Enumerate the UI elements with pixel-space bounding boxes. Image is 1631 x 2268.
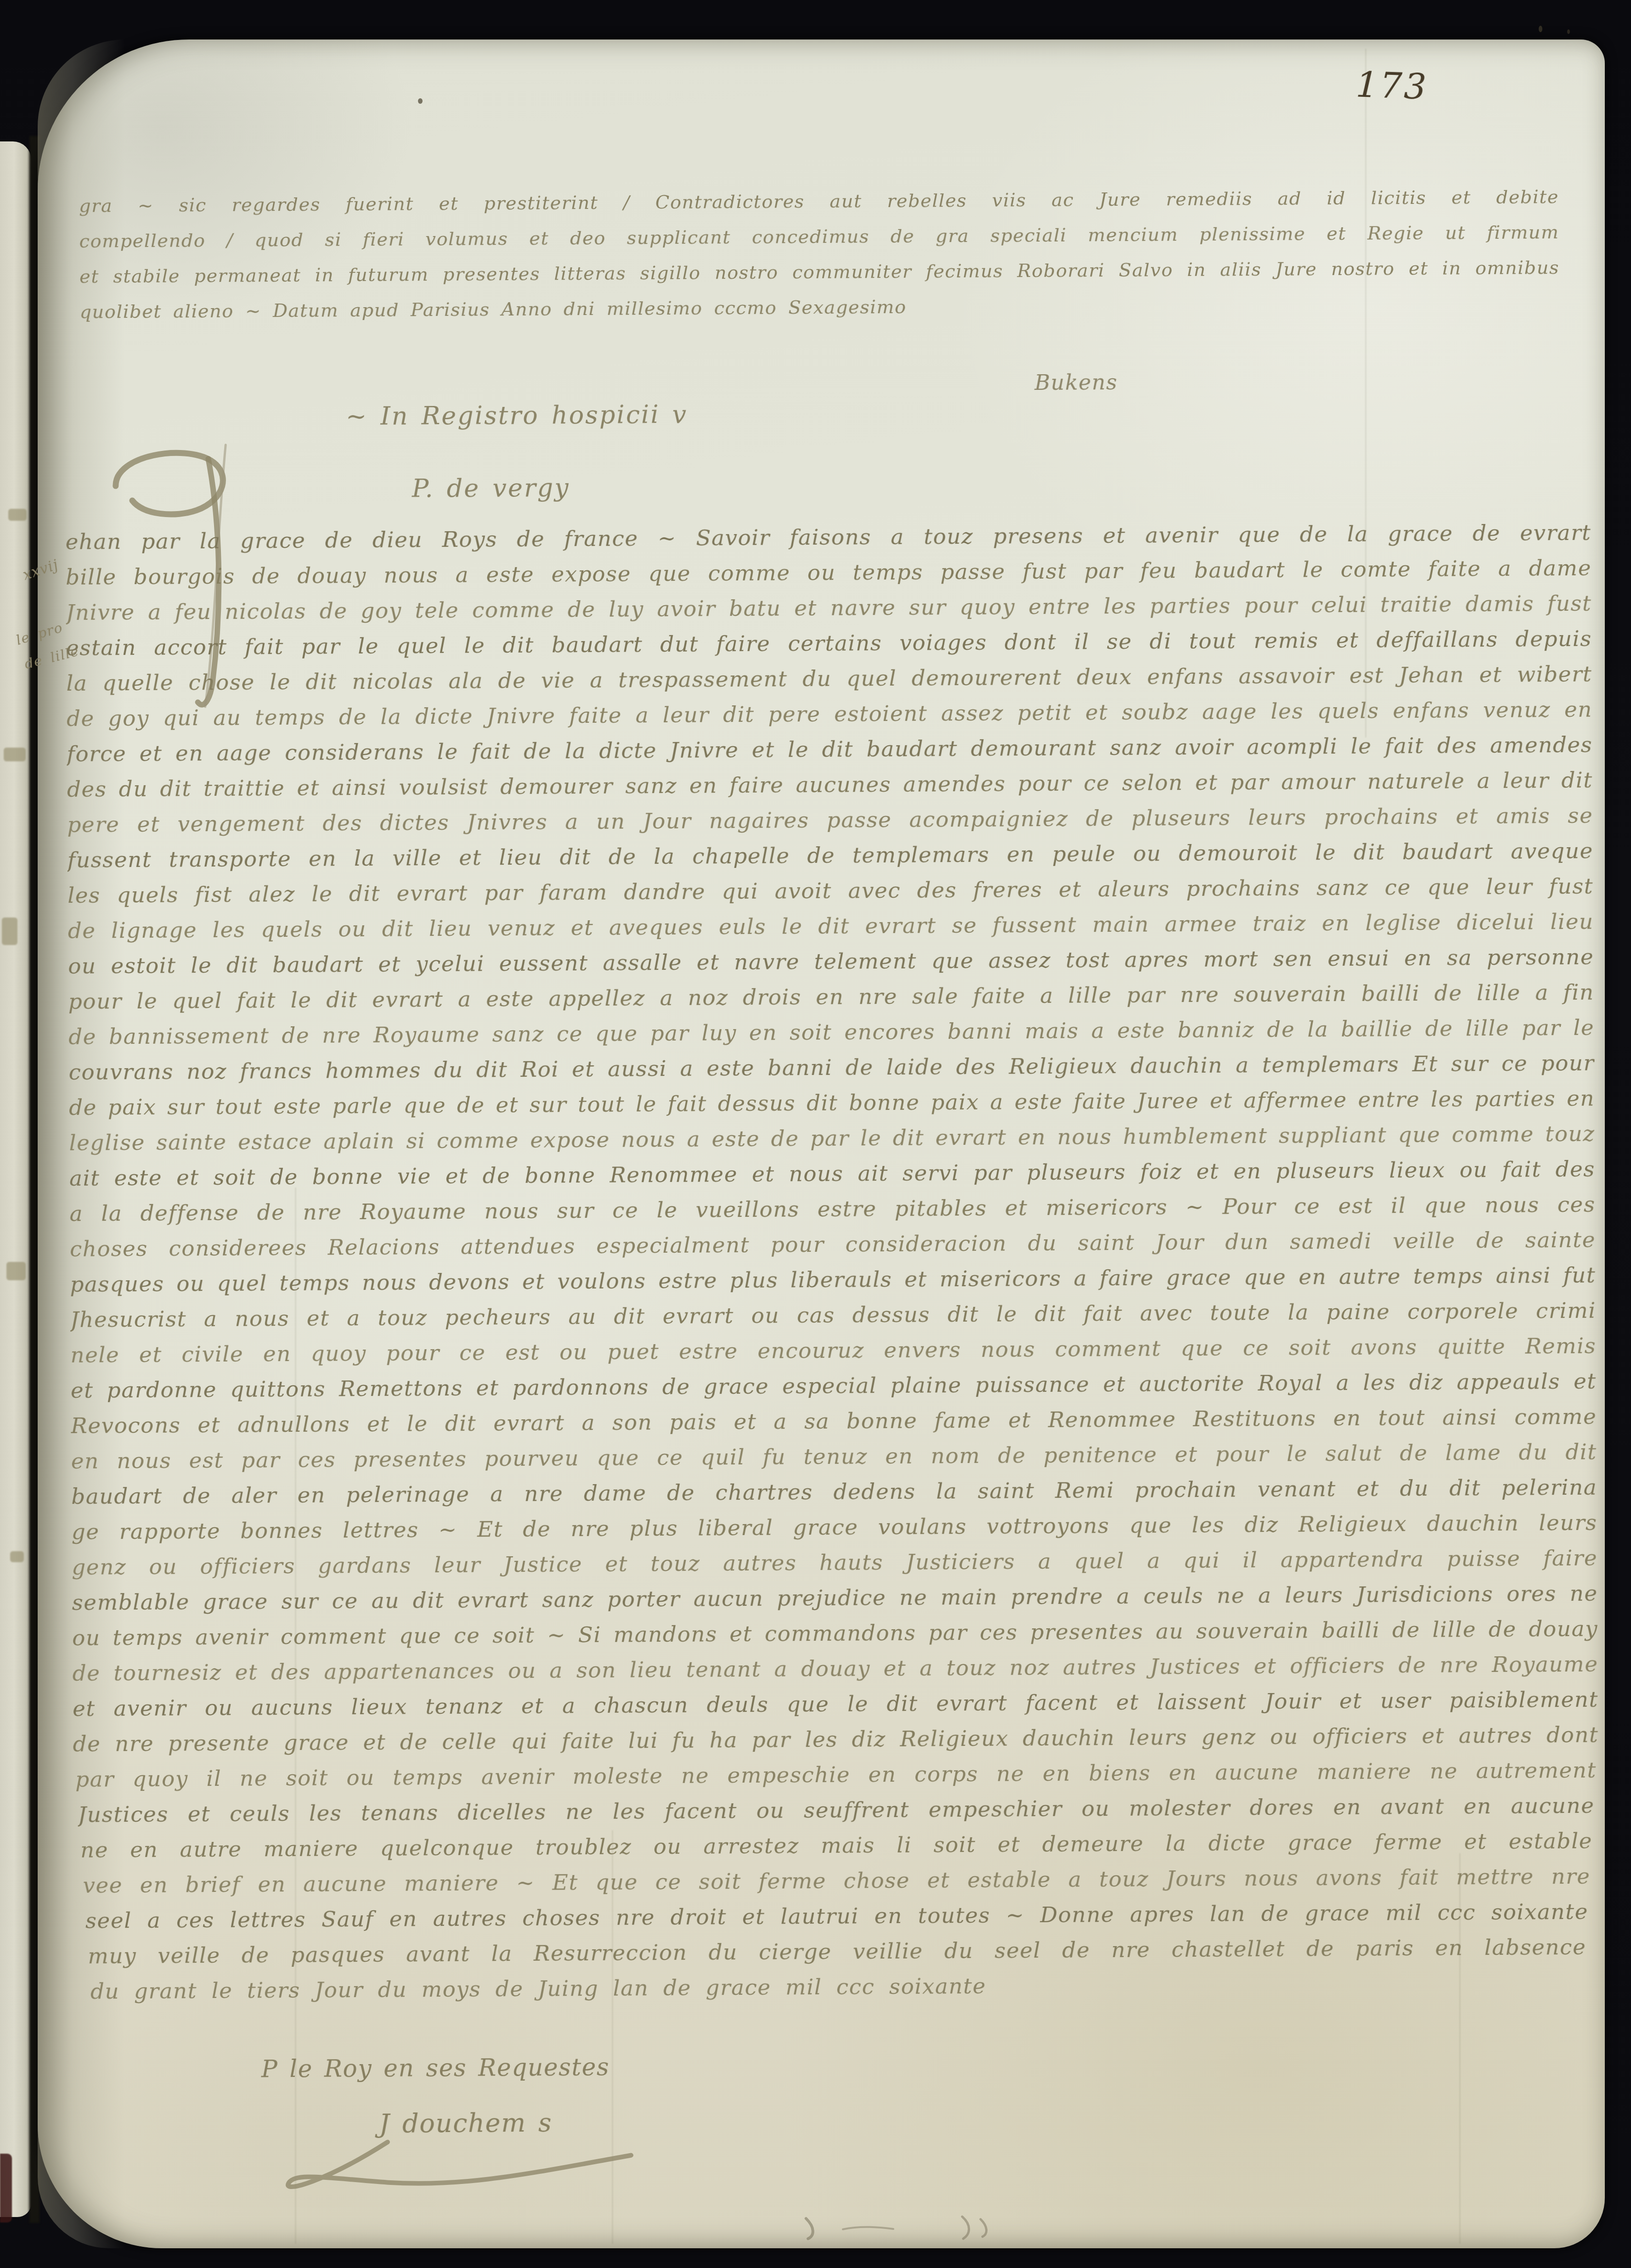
manuscript-line: semblable grace sur ce au dit evrart san… bbox=[72, 1580, 1597, 1620]
manuscript-line: ge rapporte bonnes lettres ~ Et de nre p… bbox=[72, 1509, 1597, 1549]
manuscript-line: fussent transporte en la ville et lieu d… bbox=[68, 838, 1593, 877]
latin-closing-block: gra ~ sic regardes fuerint et prestiteri… bbox=[0, 0, 1624, 1]
manuscript-line: ait este et soit de bonne vie et de bonn… bbox=[69, 1156, 1595, 1195]
clerk-signature-top: Bukens bbox=[1034, 370, 1117, 395]
manuscript-line: de lignage les quels ou dit lieu venuz e… bbox=[68, 908, 1594, 948]
manuscript-line: baudart de aler en pelerinage a nre dame… bbox=[71, 1474, 1597, 1514]
manuscript-line: leglise sainte estace aplain si comme ex… bbox=[69, 1120, 1595, 1160]
manuscript-line: des du dit traittie et ainsi voulsist de… bbox=[67, 767, 1593, 806]
latin-line: quolibet alieno ~ Datum apud Parisius An… bbox=[79, 294, 906, 330]
manuscript-line: et pardonne quittons Remettons et pardon… bbox=[71, 1368, 1597, 1407]
manuscript-line: Jnivre a feu nicolas de goy tele comme d… bbox=[66, 590, 1591, 630]
manuscript-line: Revocons et adnullons et le dit evrart a… bbox=[71, 1403, 1597, 1443]
act-body-block: ehan par la grace de dieu Roys de france… bbox=[0, 0, 1624, 1]
latin-line: compellendo / quod si fieri volumus et d… bbox=[79, 219, 1559, 259]
pen-trial-marks bbox=[788, 2207, 1109, 2246]
manuscript-line: couvrans noz francs hommes du dit Roi et… bbox=[68, 1050, 1594, 1089]
signature-flourish bbox=[273, 2137, 641, 2203]
manuscript-line: ne en autre maniere quelconque troublez … bbox=[80, 1828, 1592, 1867]
manuscript-line: pour le quel fait le dit evrart a este a… bbox=[68, 979, 1594, 1019]
manuscript-line: de goy qui au temps de la dicte Jnivre f… bbox=[67, 696, 1592, 736]
manuscript-line: ou temps avenir comment que ce soit ~ Si… bbox=[72, 1615, 1598, 1655]
manuscript-line: Jhesucrist a nous et a touz pecheurs au … bbox=[70, 1297, 1596, 1337]
latin-line: et stabile permaneat in futurum presente… bbox=[79, 255, 1559, 294]
margin-note-line1: le pro bbox=[14, 619, 65, 648]
latin-line: gra ~ sic regardes fuerint et prestiteri… bbox=[79, 184, 1559, 224]
manuscript-line: choses considerees Relacions attendues e… bbox=[70, 1227, 1596, 1266]
manuscript-line: de tournesiz et des appartenances ou a s… bbox=[72, 1651, 1598, 1690]
margin-note-number: xxvij bbox=[21, 557, 61, 584]
manuscript-line: du grant le tiers Jour du moys de Juing … bbox=[90, 1973, 986, 2009]
manuscript-line: nele et civile en quoy pour ce est ou pu… bbox=[70, 1333, 1596, 1372]
manuscript-line: par quoy il ne soit ou temps avenir mole… bbox=[75, 1757, 1597, 1796]
manuscript-line: seel a ces lettres Sauf en autres choses… bbox=[85, 1898, 1588, 1938]
manuscript-line: ehan par la grace de dieu Roys de france… bbox=[65, 519, 1591, 559]
manuscript-line: la quelle chose le dit nicolas ala de vi… bbox=[66, 661, 1592, 700]
handwriting-layer: gra ~ sic regardes fuerint et prestiteri… bbox=[0, 0, 1631, 2268]
manuscript-line: de bannissement de nre Royaume sanz ce q… bbox=[68, 1014, 1594, 1054]
closing-formula: P le Roy en ses Requestes bbox=[261, 2054, 610, 2083]
manuscript-line: genz ou officiers gardans leur Justice e… bbox=[72, 1545, 1597, 1584]
manuscript-scan: 173 gra ~ sic regardes fuerint et presti… bbox=[0, 0, 1631, 2268]
manuscript-line: bille bourgois de douay nous a este expo… bbox=[66, 555, 1591, 594]
manuscript-line: en nous est par ces presentes pourveu qu… bbox=[71, 1439, 1597, 1478]
registry-heading: ~ In Registro hospicii v bbox=[346, 400, 688, 431]
manuscript-line: Justices et ceuls les tenans dicelles ne… bbox=[78, 1792, 1594, 1832]
manuscript-line: ou estoit le dit baudart et ycelui eusse… bbox=[68, 944, 1594, 983]
manuscript-line: de nre presente grace et de celle qui fa… bbox=[73, 1722, 1598, 1761]
manuscript-line: vee en brief en aucune maniere ~ Et que … bbox=[83, 1863, 1590, 1902]
registry-subscription: P. de vergy bbox=[412, 473, 570, 503]
manuscript-line: de paix sur tout este parle que de et su… bbox=[69, 1085, 1595, 1125]
manuscript-line: les quels fist alez le dit evrart par fa… bbox=[68, 873, 1593, 912]
manuscript-line: et avenir ou aucuns lieux tenanz et a ch… bbox=[73, 1686, 1598, 1726]
clerk-signature-bottom: J douchem s bbox=[379, 2108, 552, 2139]
manuscript-line: pere et vengement des dictes Jnivres a u… bbox=[67, 802, 1593, 842]
manuscript-line: a la deffense de nre Royaume nous sur ce… bbox=[69, 1191, 1595, 1231]
manuscript-line: estain accort fait par le quel le dit ba… bbox=[66, 625, 1592, 665]
manuscript-line: pasques ou quel temps nous devons et vou… bbox=[70, 1262, 1596, 1301]
manuscript-line: force et en aage considerans le fait de … bbox=[67, 732, 1592, 771]
manuscript-line: muy veille de pasques avant la Resurrecc… bbox=[88, 1934, 1586, 1973]
